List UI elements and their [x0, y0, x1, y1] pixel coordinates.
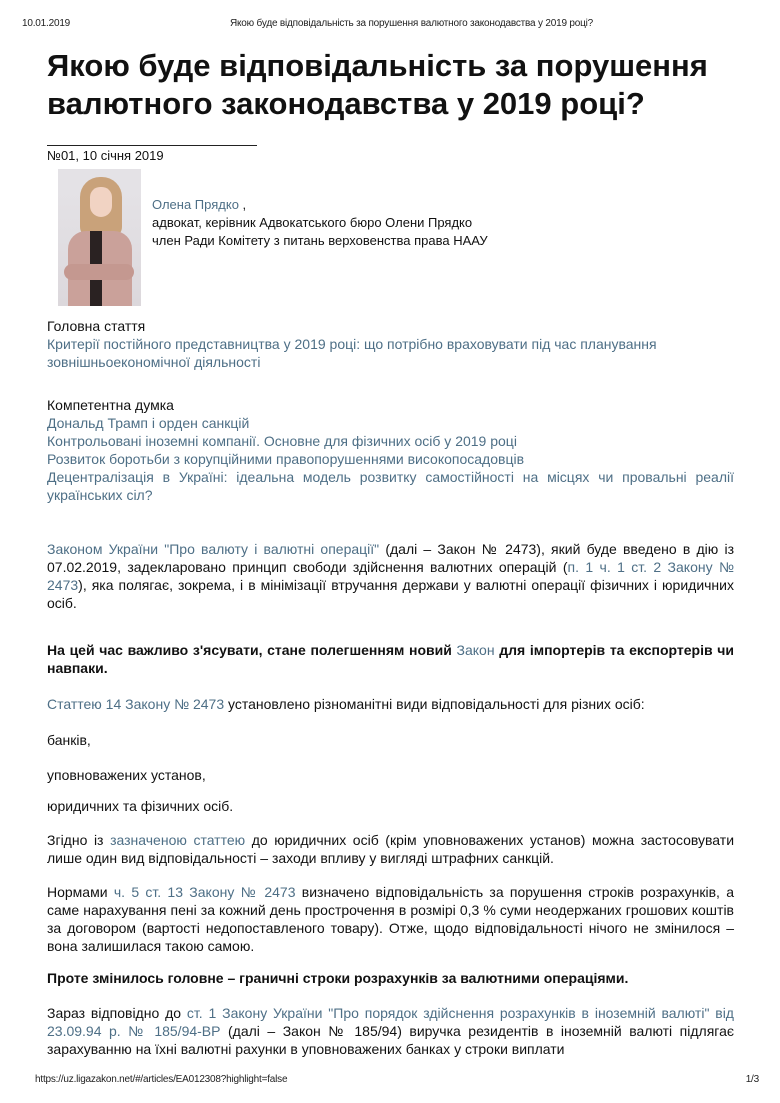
- author-name-link[interactable]: Олена Прядко: [152, 197, 239, 212]
- specified-article-link[interactable]: зазначеною статтею: [110, 832, 245, 848]
- paragraph-penalty: Нормами ч. 5 ст. 13 Закону № 2473 визнач…: [47, 883, 734, 955]
- list-item: юридичних та фізичних осіб.: [47, 797, 734, 815]
- article-14-link[interactable]: Статтею 14 Закону № 2473: [47, 696, 224, 712]
- expert-opinion-link[interactable]: Розвиток боротьби з корупційними правопо…: [47, 450, 734, 468]
- main-article-section: Головна стаття Критерії постійного предс…: [47, 317, 734, 371]
- expert-opinion-link[interactable]: Контрольовані іноземні компанії. Основне…: [47, 432, 734, 450]
- print-header-date: 10.01.2019: [22, 18, 70, 29]
- paragraph-settlement-terms: Зараз відповідно до ст. 1 Закону України…: [47, 1004, 734, 1058]
- print-footer-url: https://uz.ligazakon.net/#/articles/EA01…: [35, 1074, 287, 1085]
- author-info: Олена Прядко , адвокат, керівник Адвокат…: [152, 196, 488, 250]
- print-header-title: Якою буде відповідальність за порушення …: [230, 18, 593, 29]
- law-link[interactable]: Закон: [457, 642, 495, 658]
- list-item: банків,: [47, 731, 734, 749]
- title-divider: [47, 145, 257, 146]
- issue-info: №01, 10 січня 2019: [47, 148, 164, 163]
- main-article-link[interactable]: Критерії постійного представництва у 201…: [47, 335, 734, 371]
- print-footer-page: 1/3: [746, 1074, 759, 1085]
- author-role-2: член Ради Комітету з питань верховенства…: [152, 232, 488, 250]
- law-2473-link[interactable]: Законом України "Про валюту і валютні оп…: [47, 541, 379, 557]
- author-name-suffix: ,: [239, 197, 246, 212]
- expert-opinion-section: Компетентна думка Дональд Трамп і орден …: [47, 396, 734, 504]
- article-13-link[interactable]: ч. 5 ст. 13 Закону № 2473: [114, 884, 296, 900]
- main-article-heading: Головна стаття: [47, 317, 734, 335]
- expert-opinion-link[interactable]: Дональд Трамп і орден санкцій: [47, 414, 734, 432]
- expert-opinion-link[interactable]: Децентралізація в Україні: ідеальна моде…: [47, 468, 734, 504]
- author-role-1: адвокат, керівник Адвокатського бюро Оле…: [152, 214, 488, 232]
- paragraph-intro: Законом України "Про валюту і валютні оп…: [47, 540, 734, 612]
- list-item: уповноважених установ,: [47, 766, 734, 784]
- paragraph-article-14: Статтею 14 Закону № 2473 установлено різ…: [47, 695, 734, 713]
- author-photo: [58, 169, 141, 306]
- paragraph-main-change: Проте змінилось головне – граничні строк…: [47, 969, 734, 987]
- article-title: Якою буде відповідальність за порушення …: [47, 47, 747, 123]
- expert-opinion-heading: Компетентна думка: [47, 396, 734, 414]
- paragraph-question: На цей час важливо з'ясувати, стане поле…: [47, 641, 734, 677]
- paragraph-legal-entities: Згідно із зазначеною статтею до юридични…: [47, 831, 734, 867]
